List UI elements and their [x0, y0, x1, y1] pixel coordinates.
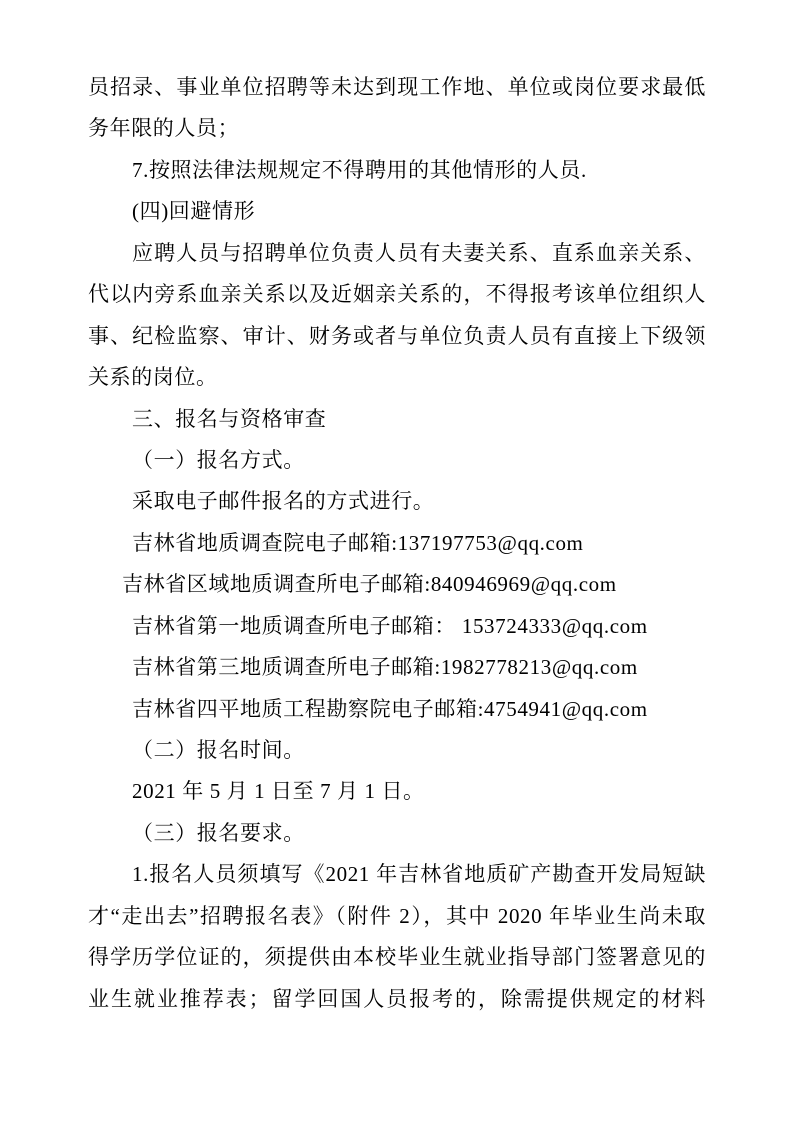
text-line: 吉林省第一地质调查所电子邮箱： 153724333@qq.com [88, 606, 706, 647]
text-line: （一）报名方式。 [88, 440, 706, 481]
text-line: （三）报名要求。 [88, 813, 706, 854]
text-line: 吉林省地质调查院电子邮箱:137197753@qq.com [88, 523, 706, 564]
text-line: 业生就业推荐表；留学回国人员报考的，除需提供规定的材料外， [88, 979, 706, 1020]
text-line: 三、报名与资格审查 [88, 399, 706, 440]
text-line: 事、纪检监察、审计、财务或者与单位负责人员有直接上下级领导 [88, 316, 706, 357]
text-line: 1.报名人员须填写《2021 年吉林省地质矿产勘查开发局短缺人 [88, 854, 706, 895]
text-line: 员招录、事业单位招聘等未达到现工作地、单位或岗位要求最低服 [88, 67, 706, 108]
text-line: （二）报名时间。 [88, 730, 706, 771]
text-line: 务年限的人员； [88, 108, 706, 149]
text-line: 才“走出去”招聘报名表》（附件 2），其中 2020 年毕业生尚未取 [88, 896, 706, 937]
text-line: 2021 年 5 月 1 日至 7 月 1 日。 [88, 771, 706, 812]
text-line: 得学历学位证的，须提供由本校毕业生就业指导部门签署意见的毕 [88, 937, 706, 978]
text-line: 代以内旁系血亲关系以及近姻亲关系的，不得报考该单位组织人 [88, 274, 706, 315]
text-line: 应聘人员与招聘单位负责人员有夫妻关系、直系血亲关系、三 [88, 233, 706, 274]
text-line: 采取电子邮件报名的方式进行。 [88, 481, 706, 522]
text-line: 关系的岗位。 [88, 357, 706, 398]
document-body: 员招录、事业单位招聘等未达到现工作地、单位或岗位要求最低服务年限的人员；7.按照… [88, 67, 706, 1020]
text-line: (四)回避情形 [88, 191, 706, 232]
document-page: 员招录、事业单位招聘等未达到现工作地、单位或岗位要求最低服务年限的人员；7.按照… [0, 0, 794, 1123]
text-line: 7.按照法律法规规定不得聘用的其他情形的人员. [88, 150, 706, 191]
text-line: 吉林省第三地质调查所电子邮箱:1982778213@qq.com [88, 647, 706, 688]
text-line: 吉林省区域地质调查所电子邮箱:840946969@qq.com [88, 564, 706, 605]
text-line: 吉林省四平地质工程勘察院电子邮箱:4754941@qq.com [88, 689, 706, 730]
